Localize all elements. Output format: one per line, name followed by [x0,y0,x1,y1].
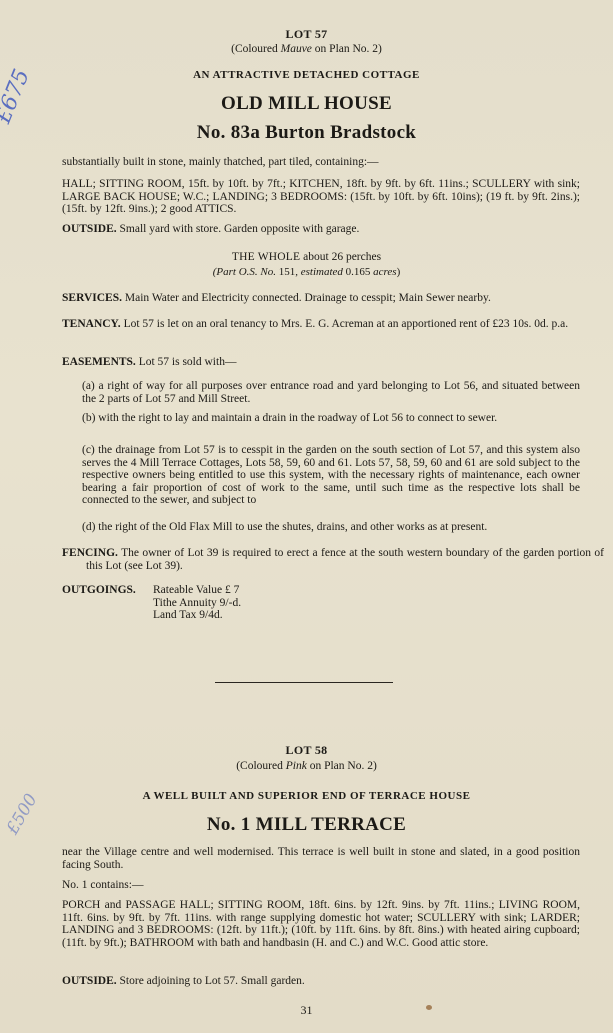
os-unit: acres [373,266,396,278]
lot-58-contains: No. 1 contains:— [62,879,580,892]
fencing-heading: FENCING. [62,547,118,559]
outside-text: Store adjoining to Lot 57. Small garden. [117,975,305,987]
paper-stain [426,1005,432,1010]
os-part: (Part O.S. No. [213,266,276,278]
tenancy-text: Lot 57 is let on an oral tenancy to Mrs.… [121,318,568,330]
whole-caps: THE WHOLE [232,251,300,263]
lot-57-outgoings-list: Rateable Value £ 7 Tithe Annuity 9/-d. L… [153,584,241,622]
page-number: 31 [0,1003,613,1018]
colour-note-prefix: (Coloured [236,760,286,772]
lot-58-label: LOT 58 [0,743,613,758]
lot-58-intro: near the Village centre and well moderni… [62,846,580,871]
section-divider [215,682,393,683]
easement-item-c: (c) the drainage from Lot 57 is to cessp… [82,444,580,507]
os-close: ) [397,266,401,278]
lot-57-intro: substantially built in stone, mainly tha… [62,156,580,169]
outside-text: Small yard with store. Garden opposite w… [117,223,360,235]
outgoing-tithe-annuity: Tithe Annuity 9/-d. [153,597,241,610]
outgoing-rateable-value: Rateable Value £ 7 [153,584,241,597]
easements-text: Lot 57 is sold with— [136,356,237,368]
lot-57-fencing: FENCING. The owner of Lot 39 is required… [62,547,604,572]
lot-57-subheading: AN ATTRACTIVE DETACHED COTTAGE [0,69,613,81]
colour-note-prefix: (Coloured [231,43,281,55]
lot-57-rooms: HALL; SITTING ROOM, 15ft. by 10ft. by 7f… [62,178,580,216]
os-number: 151, [276,266,301,278]
colour-note-colour: Mauve [281,43,312,55]
outside-heading: OUTSIDE. [62,975,117,987]
lot-57-outside: OUTSIDE. Small yard with store. Garden o… [62,223,580,236]
os-acreage: 0.165 [343,266,373,278]
lot-57-label: LOT 57 [0,27,613,42]
easements-heading: EASEMENTS. [62,356,136,368]
services-text: Main Water and Electricity connected. Dr… [122,292,491,304]
outgoing-land-tax: Land Tax 9/4d. [153,609,241,622]
lot-58-colour-note: (Coloured Pink on Plan No. 2) [0,760,613,772]
os-estimated: estimated [301,266,343,278]
lot-58-title: No. 1 MILL TERRACE [0,814,613,836]
outgoings-heading: OUTGOINGS. [62,584,136,596]
lot-57-title: OLD MILL HOUSE [0,93,613,115]
easement-item-b: (b) with the right to lay and maintain a… [82,412,580,425]
lot-58-outside: OUTSIDE. Store adjoining to Lot 57. Smal… [62,975,580,988]
lot-57-outgoings-heading: OUTGOINGS. [62,584,136,597]
colour-note-suffix: on Plan No. 2) [312,43,382,55]
lot-57-address: No. 83a Burton Bradstock [0,122,613,144]
colour-note-colour: Pink [286,760,307,772]
lot-57-whole-area: THE WHOLE about 26 perches [0,251,613,263]
catalogue-page: LOT 57 (Coloured Mauve on Plan No. 2) AN… [0,0,613,1033]
services-heading: SERVICES. [62,292,122,304]
outside-heading: OUTSIDE. [62,223,117,235]
easement-item-d: (d) the right of the Old Flax Mill to us… [82,521,580,534]
lot-57-colour-note: (Coloured Mauve on Plan No. 2) [0,43,613,55]
lot-58-rooms: PORCH and PASSAGE HALL; SITTING ROOM, 18… [62,899,580,949]
lot-57-os-reference: (Part O.S. No. 151, estimated 0.165 acre… [0,266,613,278]
pencil-price-annotation-lot-57: £675 [0,53,40,127]
whole-rest: about 26 perches [300,251,381,263]
fencing-text: The owner of Lot 39 is required to erect… [86,547,604,572]
lot-57-tenancy: TENANCY. Lot 57 is let on an oral tenanc… [62,318,604,331]
lot-57-services: SERVICES. Main Water and Electricity con… [62,292,580,305]
colour-note-suffix: on Plan No. 2) [307,760,377,772]
easement-item-a: (a) a right of way for all purposes over… [82,380,580,405]
lot-57-easements: EASEMENTS. Lot 57 is sold with— [62,356,580,369]
tenancy-heading: TENANCY. [62,318,121,330]
lot-58-subheading: A WELL BUILT AND SUPERIOR END OF TERRACE… [0,790,613,802]
